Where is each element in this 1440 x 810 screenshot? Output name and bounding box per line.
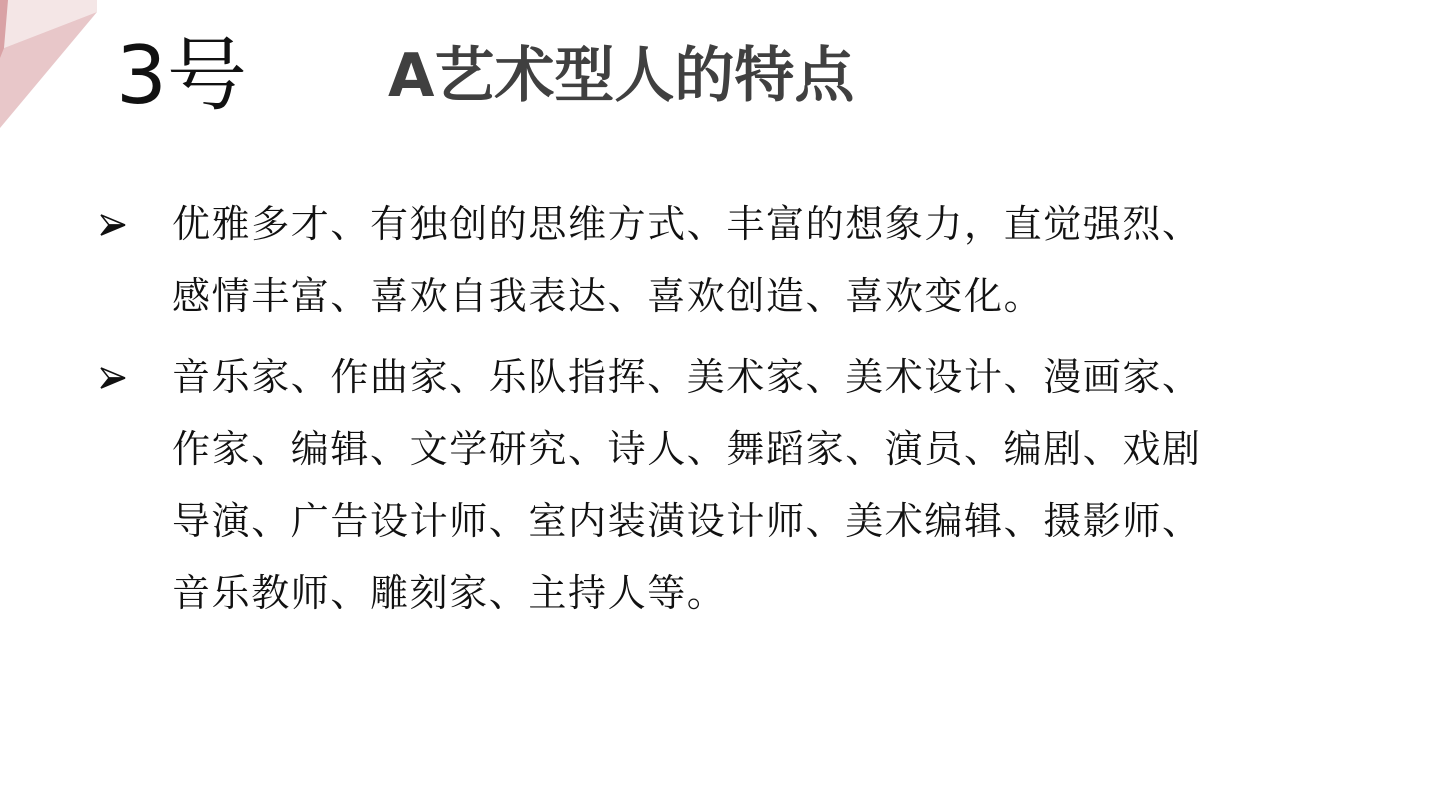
bullet-text: 音乐家、作曲家、乐队指挥、美术家、美术设计、漫画家、作家、编辑、文学研究、诗人、… [172, 341, 1222, 629]
slide-number: 3号 [116, 28, 247, 124]
corner-decoration [0, 0, 120, 140]
bullet-item-careers: 音乐家、作曲家、乐队指挥、美术家、美术设计、漫画家、作家、编辑、文学研究、诗人、… [0, 341, 1222, 629]
bullet-item-traits: 优雅多才、有独创的思维方式、丰富的想象力，直觉强烈、感情丰富、喜欢自我表达、喜欢… [0, 188, 1222, 332]
bullet-text: 优雅多才、有独创的思维方式、丰富的想象力，直觉强烈、感情丰富、喜欢自我表达、喜欢… [172, 188, 1222, 332]
arrowhead-bullet-icon [99, 366, 127, 390]
slide-title: A艺术型人的特点 [388, 38, 854, 114]
arrowhead-bullet-icon [99, 213, 127, 237]
bullet-list: 优雅多才、有独创的思维方式、丰富的想象力，直觉强烈、感情丰富、喜欢自我表达、喜欢… [0, 188, 1440, 638]
